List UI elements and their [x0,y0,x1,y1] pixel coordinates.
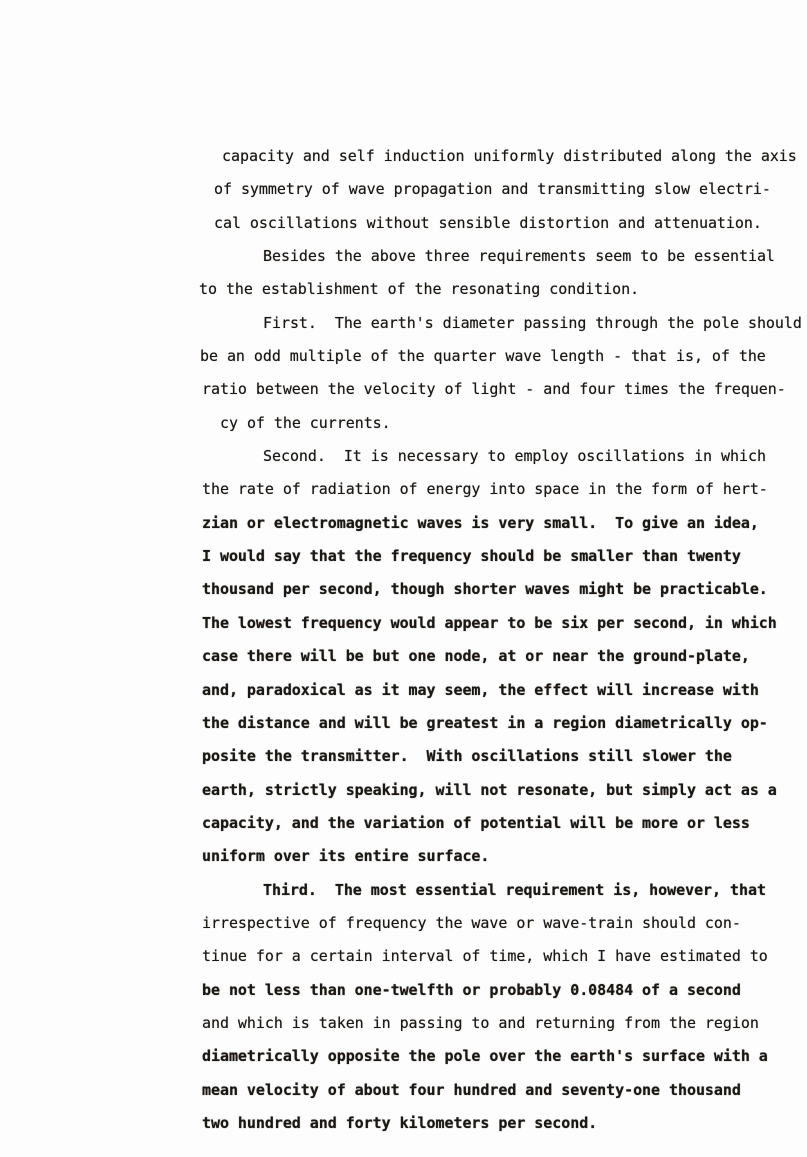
typed-line: two hundred and forty kilometers per sec… [202,1107,802,1140]
typed-line: zian or electromagnetic waves is very sm… [202,507,802,540]
typed-line: capacity, and the variation of potential… [202,807,802,840]
typed-line: the rate of radiation of energy into spa… [202,473,802,506]
document-page: capacity and self induction uniformly di… [0,0,807,1157]
typed-line: earth, strictly speaking, will not reson… [202,774,802,807]
typed-line: I would say that the frequency should be… [202,540,802,573]
typed-line: ratio between the velocity of light - an… [202,373,802,406]
typed-text-block: capacity and self induction uniformly di… [202,140,802,1140]
typed-line: tinue for a certain interval of time, wh… [202,940,802,973]
typed-line: and which is taken in passing to and ret… [202,1007,802,1040]
typed-line: Besides the above three requirements see… [202,240,802,273]
typed-line: cal oscillations without sensible distor… [214,207,802,240]
typed-line: the distance and will be greatest in a r… [202,707,802,740]
typed-line: thousand per second, though shorter wave… [202,573,802,606]
typed-line: diametrically opposite the pole over the… [202,1040,802,1073]
typed-line: Second. It is necessary to employ oscill… [202,440,802,473]
typed-line: capacity and self induction uniformly di… [222,140,802,173]
typed-line: posite the transmitter. With oscillation… [202,740,802,773]
typed-line: Third. The most essential requirement is… [202,874,802,907]
typed-line: cy of the currents. [220,407,802,440]
typed-line: First. The earth's diameter passing thro… [202,307,802,340]
typed-line: be not less than one-twelfth or probably… [202,974,802,1007]
typed-line: uniform over its entire surface. [202,840,802,873]
typed-line: irrespective of frequency the wave or wa… [202,907,802,940]
typed-line: to the establishment of the resonating c… [199,273,802,306]
typed-line: of symmetry of wave propagation and tran… [214,173,802,206]
typed-line: be an odd multiple of the quarter wave l… [200,340,802,373]
typed-line: The lowest frequency would appear to be … [202,607,802,640]
typed-line: mean velocity of about four hundred and … [202,1074,802,1107]
typed-line: case there will be but one node, at or n… [202,640,802,673]
typed-line: and, paradoxical as it may seem, the eff… [202,674,802,707]
